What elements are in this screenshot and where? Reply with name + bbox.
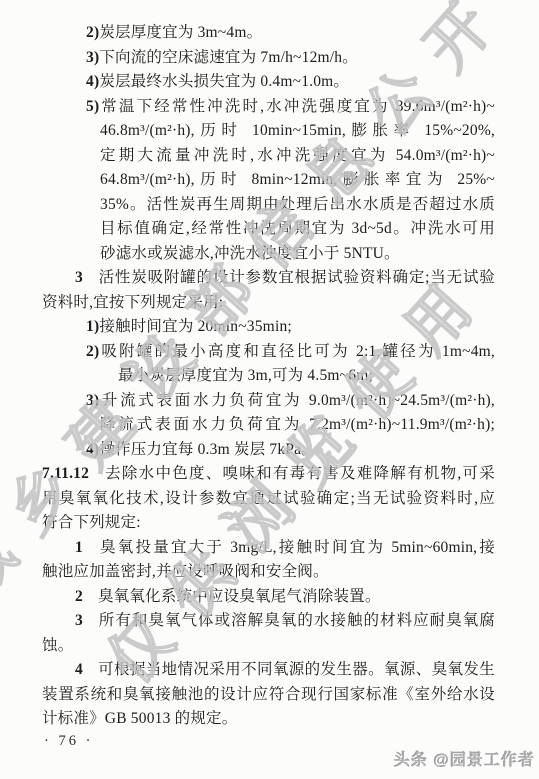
clause-text: 64.8m³/(m²·h),历时 8min~12min,膨胀率宜为 25%~ xyxy=(100,171,495,188)
clause-text: 操作压力宜每 0.3m 炭层 7kPa。 xyxy=(99,441,317,458)
text-line: 64.8m³/(m²·h),历时 8min~12min,膨胀率宜为 25%~ xyxy=(0,168,539,193)
text-line: 2)吸附罐的最小高度和直径比可为 2:1,罐径为 1m~4m, xyxy=(0,340,539,365)
clause-text: 计标准》GB 50013 的规定。 xyxy=(42,710,237,727)
clause-text: 臭氧氧化系统中应设臭氧尾气消除装置。 xyxy=(98,588,381,605)
clause-text: 最小炭层厚度宜为 3m,可为 4.5m~6m; xyxy=(118,367,373,384)
clause-number: 2) xyxy=(86,343,99,360)
text-line: 3)升流式表面水力负荷宜为 9.0m³/(m²·h)~24.5m³/(m²·h)… xyxy=(0,389,539,414)
clause-number: 3 xyxy=(75,612,83,629)
clause-number: 3) xyxy=(86,49,99,66)
clause-text: 臭氧投量宜大于 3mg/L,接触时间宜为 5min~60min,接 xyxy=(98,539,495,556)
text-line: 符合下列规定: xyxy=(0,511,539,536)
clause-text: 35%。活性炭再生周期由处理后出水水质是否超过水质 xyxy=(100,196,495,213)
text-line: 35%。活性炭再生周期由处理后出水水质是否超过水质 xyxy=(0,193,539,218)
clause-text: 用臭氧氧化技术,设计参数宜通过试验确定;当无试验资料时,应 xyxy=(42,490,495,507)
clause-number: 4) xyxy=(86,73,99,90)
clause-text: 可根据当地情况采用不同氧源的发生器。氧源、臭氧发生 xyxy=(98,661,495,678)
text-line: 降流式表面水力负荷宜为 7.2m³/(m²·h)~11.9m³/(m²·h); xyxy=(0,413,539,438)
scanned-standard-page: 2)炭层厚度宜为 3m~4m。 3)下向流的空床滤速宜为 7m/h~12m/h。… xyxy=(0,0,539,779)
text-line: 蚀。 xyxy=(0,634,539,659)
clause-text: 46.8m³/(m²·h),历时 10min~15min,膨胀率 15%~20%… xyxy=(100,122,495,139)
clause-text: 吸附罐的最小高度和直径比可为 2:1,罐径为 1m~4m, xyxy=(99,343,495,360)
text-line: 定期大流量冲洗时,水冲洗强度宜为 54.0m³/(m²·h)~ xyxy=(0,144,539,169)
clause-text: 蚀。 xyxy=(42,637,73,654)
clause-text: 砂滤水或炭滤水,冲洗水浊度宜小于 5NTU。 xyxy=(100,245,400,262)
clause-text: 定期大流量冲洗时,水冲洗强度宜为 54.0m³/(m²·h)~ xyxy=(100,147,495,164)
text-content: 2)炭层厚度宜为 3m~4m。 3)下向流的空床滤速宜为 7m/h~12m/h。… xyxy=(0,21,539,732)
toutiao-credit-watermark: 头条 @园景工作者 xyxy=(394,747,535,770)
text-line: 1)接触时间宜为 20min~35min; xyxy=(0,315,539,340)
clause-number: 1) xyxy=(86,318,99,335)
clause-text: 符合下列规定: xyxy=(42,514,141,531)
text-line: 触池应加盖密封,并应设呼吸阀和安全阀。 xyxy=(0,560,539,585)
text-line: 资料时,宜按下列规定采用: xyxy=(0,291,539,316)
text-line: 砂滤水或炭滤水,冲洗水浊度宜小于 5NTU。 xyxy=(0,242,539,267)
text-line: 7.11.12去除水中色度、嗅味和有毒有害及难降解有机物,可采 xyxy=(0,462,539,487)
clause-text: 接触时间宜为 20min~35min; xyxy=(99,318,292,335)
clause-number: 3 xyxy=(75,269,83,286)
text-line: 5)常温下经常性冲洗时,水冲洗强度宜为 39.6m³/(m²·h)~ xyxy=(0,95,539,120)
clause-text: 资料时,宜按下列规定采用: xyxy=(42,294,223,311)
text-line: 2)炭层厚度宜为 3m~4m。 xyxy=(0,21,539,46)
clause-text: 炭层厚度宜为 3m~4m。 xyxy=(99,24,262,41)
text-line: 最小炭层厚度宜为 3m,可为 4.5m~6m; xyxy=(0,364,539,389)
clause-text: 去除水中色度、嗅味和有毒有害及难降解有机物,可采 xyxy=(104,465,495,482)
clause-text: 目标值确定,经常性冲洗周期宜为 3d~5d。冲洗水可用 xyxy=(100,220,495,237)
clause-text: 下向流的空床滤速宜为 7m/h~12m/h。 xyxy=(99,49,358,66)
text-line: 3所有和臭氧气体或溶解臭氧的水接触的材料应耐臭氧腐 xyxy=(0,609,539,634)
clause-number: 3) xyxy=(86,392,99,409)
clause-text: 所有和臭氧气体或溶解臭氧的水接触的材料应耐臭氧腐 xyxy=(98,612,495,629)
text-line: 46.8m³/(m²·h),历时 10min~15min,膨胀率 15%~20%… xyxy=(0,119,539,144)
text-line: 1臭氧投量宜大于 3mg/L,接触时间宜为 5min~60min,接 xyxy=(0,536,539,561)
text-line: 装置系统和臭氧接触池的设计应符合现行国家标准《室外给水设 xyxy=(0,683,539,708)
text-line: 4)炭层最终水头损失宜为 0.4m~1.0m。 xyxy=(0,70,539,95)
clause-text: 装置系统和臭氧接触池的设计应符合现行国家标准《室外给水设 xyxy=(42,686,495,703)
clause-text: 常温下经常性冲洗时,水冲洗强度宜为 39.6m³/(m²·h)~ xyxy=(99,98,495,115)
text-line: 4可根据当地情况采用不同氧源的发生器。氧源、臭氧发生 xyxy=(0,658,539,683)
text-line: 3活性炭吸附罐的设计参数宜根据试验资料确定;当无试验 xyxy=(0,266,539,291)
text-line: 2臭氧氧化系统中应设臭氧尾气消除装置。 xyxy=(0,585,539,610)
clause-text: 降流式表面水力负荷宜为 7.2m³/(m²·h)~11.9m³/(m²·h); xyxy=(100,416,495,433)
clause-number: 2) xyxy=(86,24,99,41)
text-line: 3)下向流的空床滤速宜为 7m/h~12m/h。 xyxy=(0,46,539,71)
text-line: 目标值确定,经常性冲洗周期宜为 3d~5d。冲洗水可用 xyxy=(0,217,539,242)
clause-text: 升流式表面水力负荷宜为 9.0m³/(m²·h)~24.5m³/(m²·h), xyxy=(99,392,495,409)
clause-number: 4 xyxy=(75,661,83,678)
page-number: · 76 · xyxy=(44,733,93,750)
text-line: 4)操作压力宜每 0.3m 炭层 7kPa。 xyxy=(0,438,539,463)
clause-number: 1 xyxy=(75,539,83,556)
text-line: 用臭氧氧化技术,设计参数宜通过试验确定;当无试验资料时,应 xyxy=(0,487,539,512)
clause-text: 活性炭吸附罐的设计参数宜根据试验资料确定;当无试验 xyxy=(98,269,495,286)
clause-number: 4) xyxy=(86,441,99,458)
clause-text: 触池应加盖密封,并应设呼吸阀和安全阀。 xyxy=(42,563,329,580)
clause-number: 7.11.12 xyxy=(42,465,89,482)
clause-number: 2 xyxy=(75,588,83,605)
clause-number: 5) xyxy=(86,98,99,115)
clause-text: 炭层最终水头损失宜为 0.4m~1.0m。 xyxy=(99,73,349,90)
text-line: 计标准》GB 50013 的规定。 xyxy=(0,707,539,732)
